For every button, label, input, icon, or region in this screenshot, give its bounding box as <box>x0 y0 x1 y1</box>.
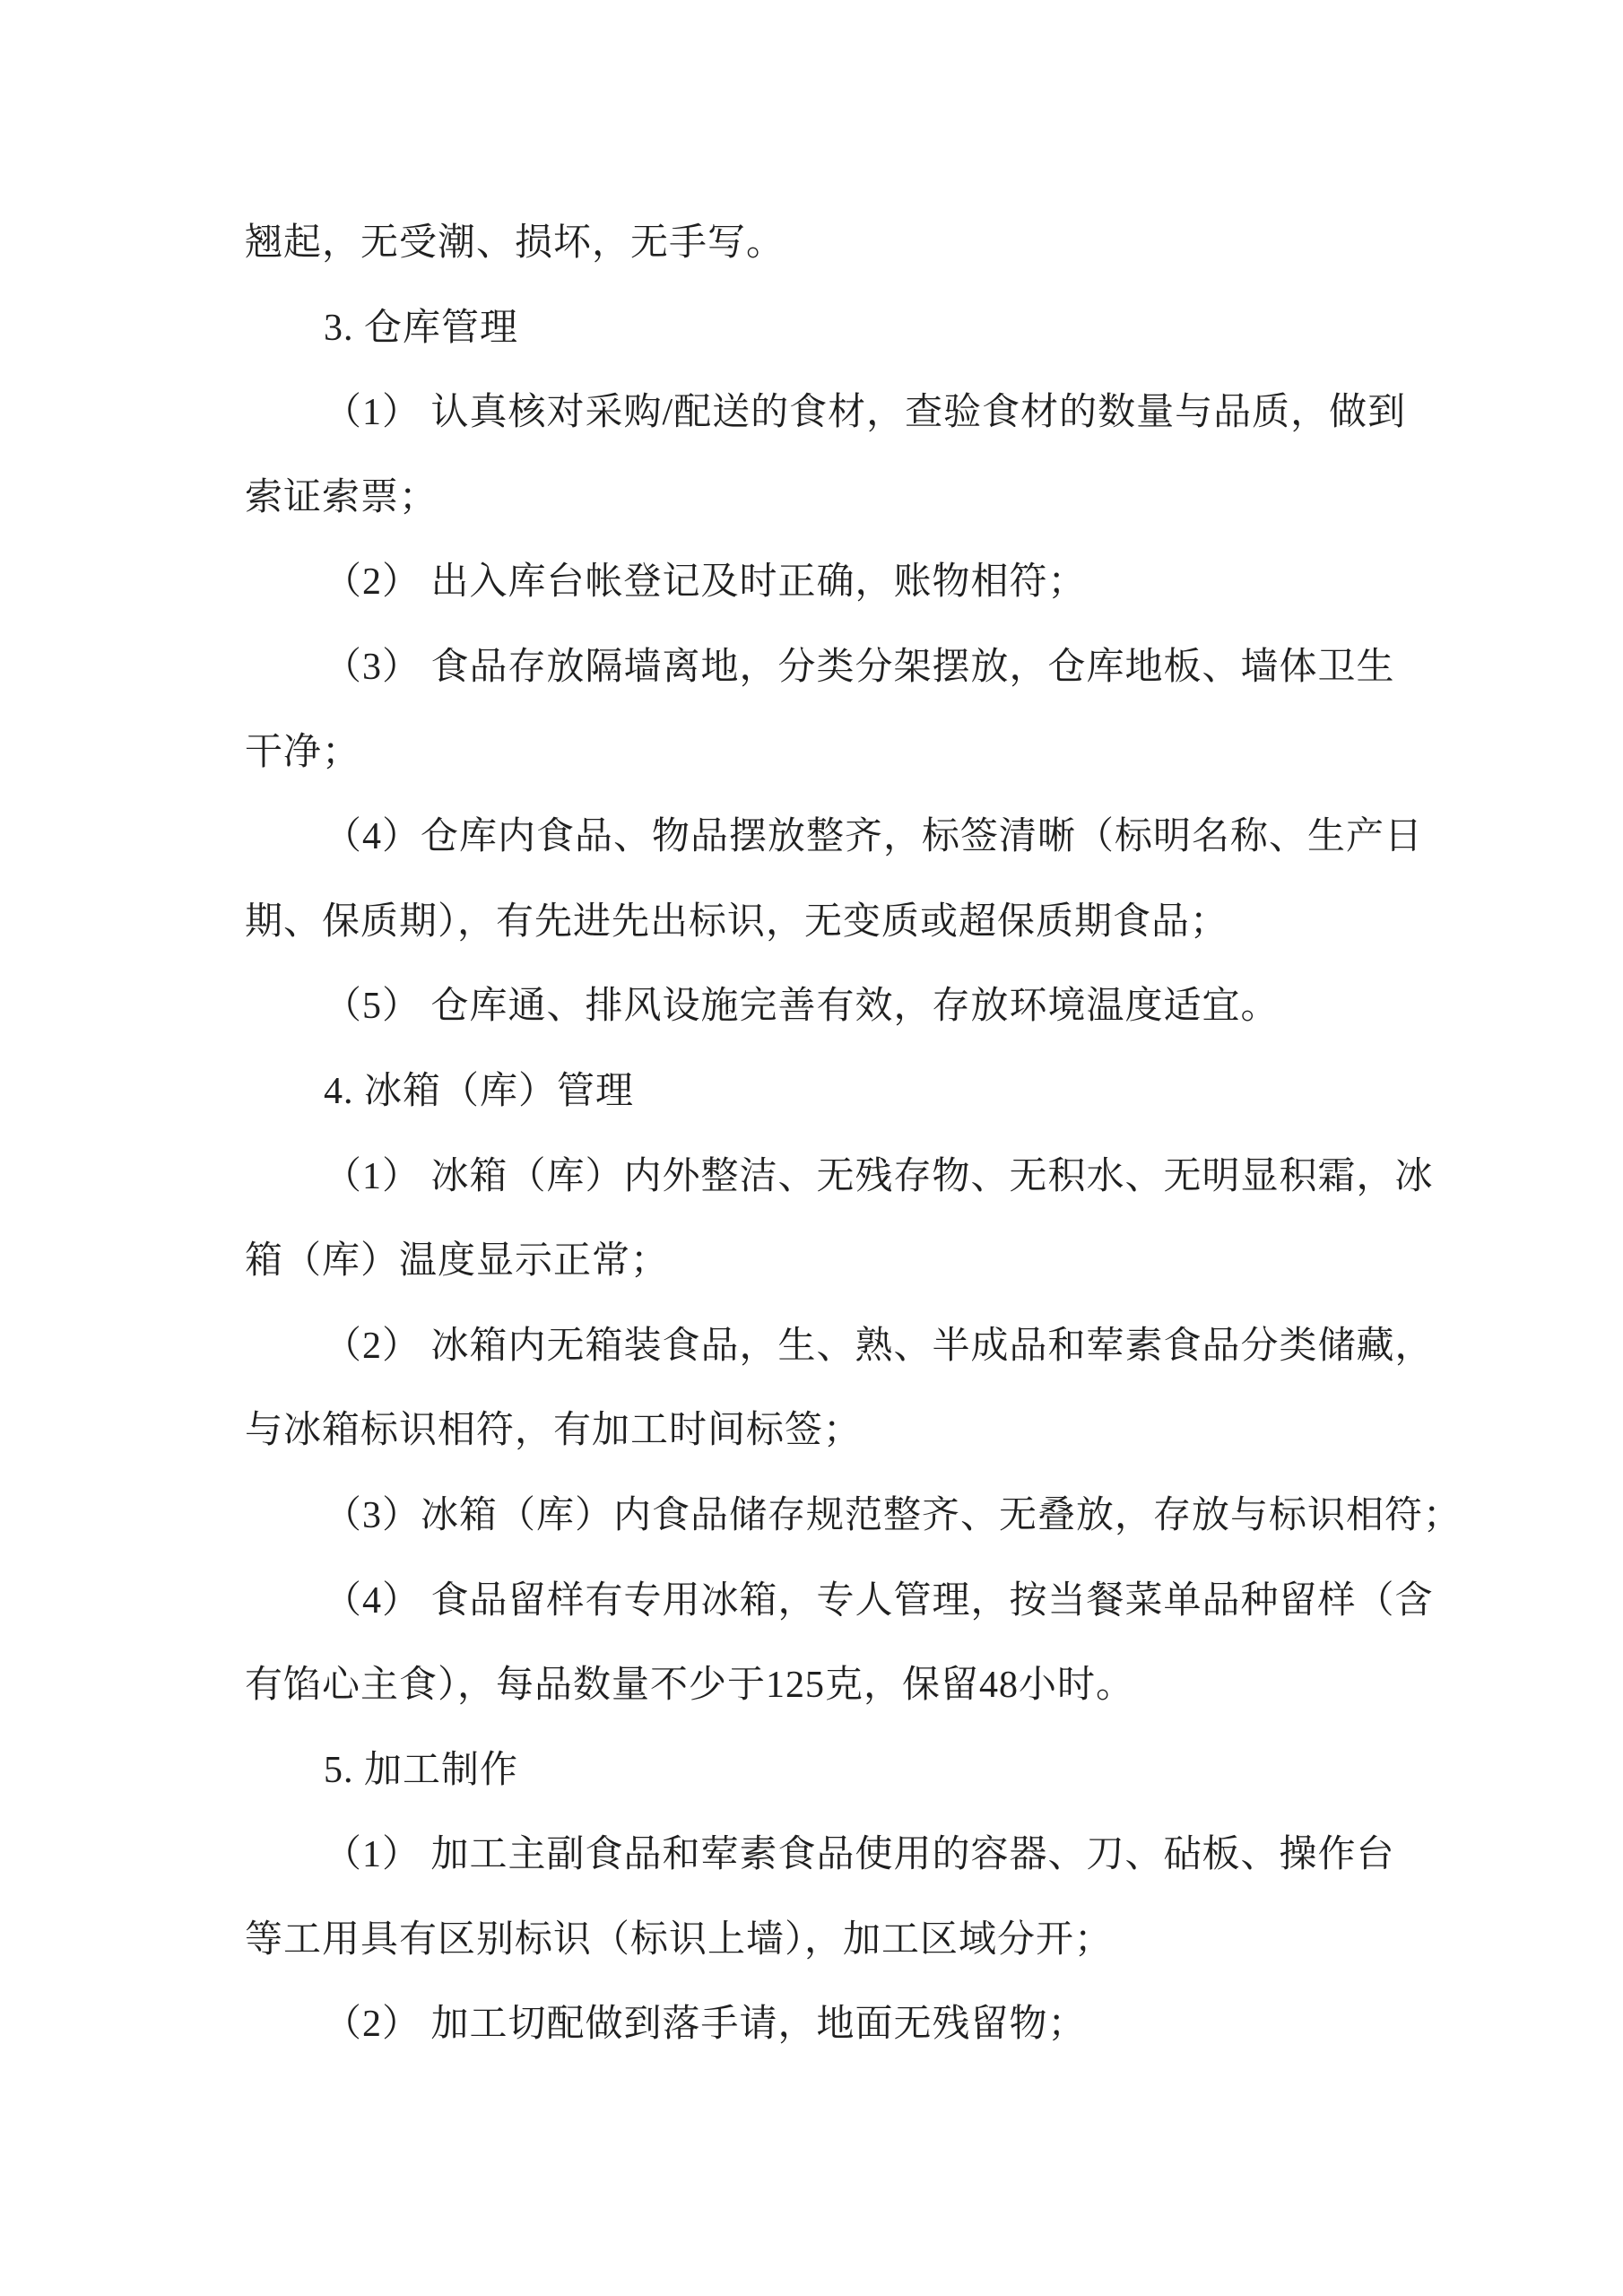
text-line: （1） 认真核对采购/配送的食材，查验食材的数量与品质，做到 <box>245 370 1462 456</box>
text-line: （4）仓库内食品、物品摆放整齐，标签清晰（标明名称、生产日 <box>245 795 1462 880</box>
text-line: 5. 加工制作 <box>245 1728 1462 1813</box>
text-line: （3） 食品存放隔墙离地，分类分架摆放，仓库地板、墙体卫生 <box>245 625 1462 710</box>
text-line: （1） 冰箱（库）内外整洁、无残存物、无积水、无明显积霜，冰 <box>245 1135 1462 1220</box>
text-line: （2） 冰箱内无箱装食品，生、熟、半成品和荤素食品分类储藏， <box>245 1304 1462 1389</box>
text-line: 与冰箱标识相符，有加工时间标签； <box>245 1388 1462 1474</box>
text-line: 有馅心主食），每品数量不少于125克，保留48小时。 <box>245 1643 1462 1728</box>
text-line: 翘起，无受潮、损坏，无手写。 <box>245 201 1462 286</box>
document-body: 翘起，无受潮、损坏，无手写。3. 仓库管理（1） 认真核对采购/配送的食材，查验… <box>245 201 1462 2067</box>
text-line: （2） 加工切配做到落手请，地面无残留物； <box>245 1982 1462 2067</box>
text-line: （3）冰箱（库）内食品储存规范整齐、无叠放，存放与标识相符； <box>245 1474 1462 1559</box>
text-line: 期、保质期），有先进先出标识，无变质或超保质期食品； <box>245 880 1462 965</box>
text-line: 干净； <box>245 710 1462 796</box>
text-line: （4） 食品留样有专用冰箱，专人管理，按当餐菜单品种留样（含 <box>245 1559 1462 1644</box>
text-line: 等工用具有区别标识（标识上墙），加工区域分开； <box>245 1898 1462 1983</box>
text-line: 3. 仓库管理 <box>245 286 1462 371</box>
text-line: 索证索票； <box>245 456 1462 541</box>
document-page: 翘起，无受潮、损坏，无手写。3. 仓库管理（1） 认真核对采购/配送的食材，查验… <box>0 0 1623 2296</box>
text-line: 4. 冰箱（库）管理 <box>245 1049 1462 1135</box>
text-line: 箱（库）温度显示正常； <box>245 1219 1462 1304</box>
text-line: （1） 加工主副食品和荤素食品使用的容器、刀、砧板、操作台 <box>245 1813 1462 1898</box>
text-line: （5） 仓库通、排风设施完善有效，存放环境温度适宜。 <box>245 964 1462 1049</box>
text-line: （2） 出入库台帐登记及时正确，账物相符； <box>245 540 1462 625</box>
